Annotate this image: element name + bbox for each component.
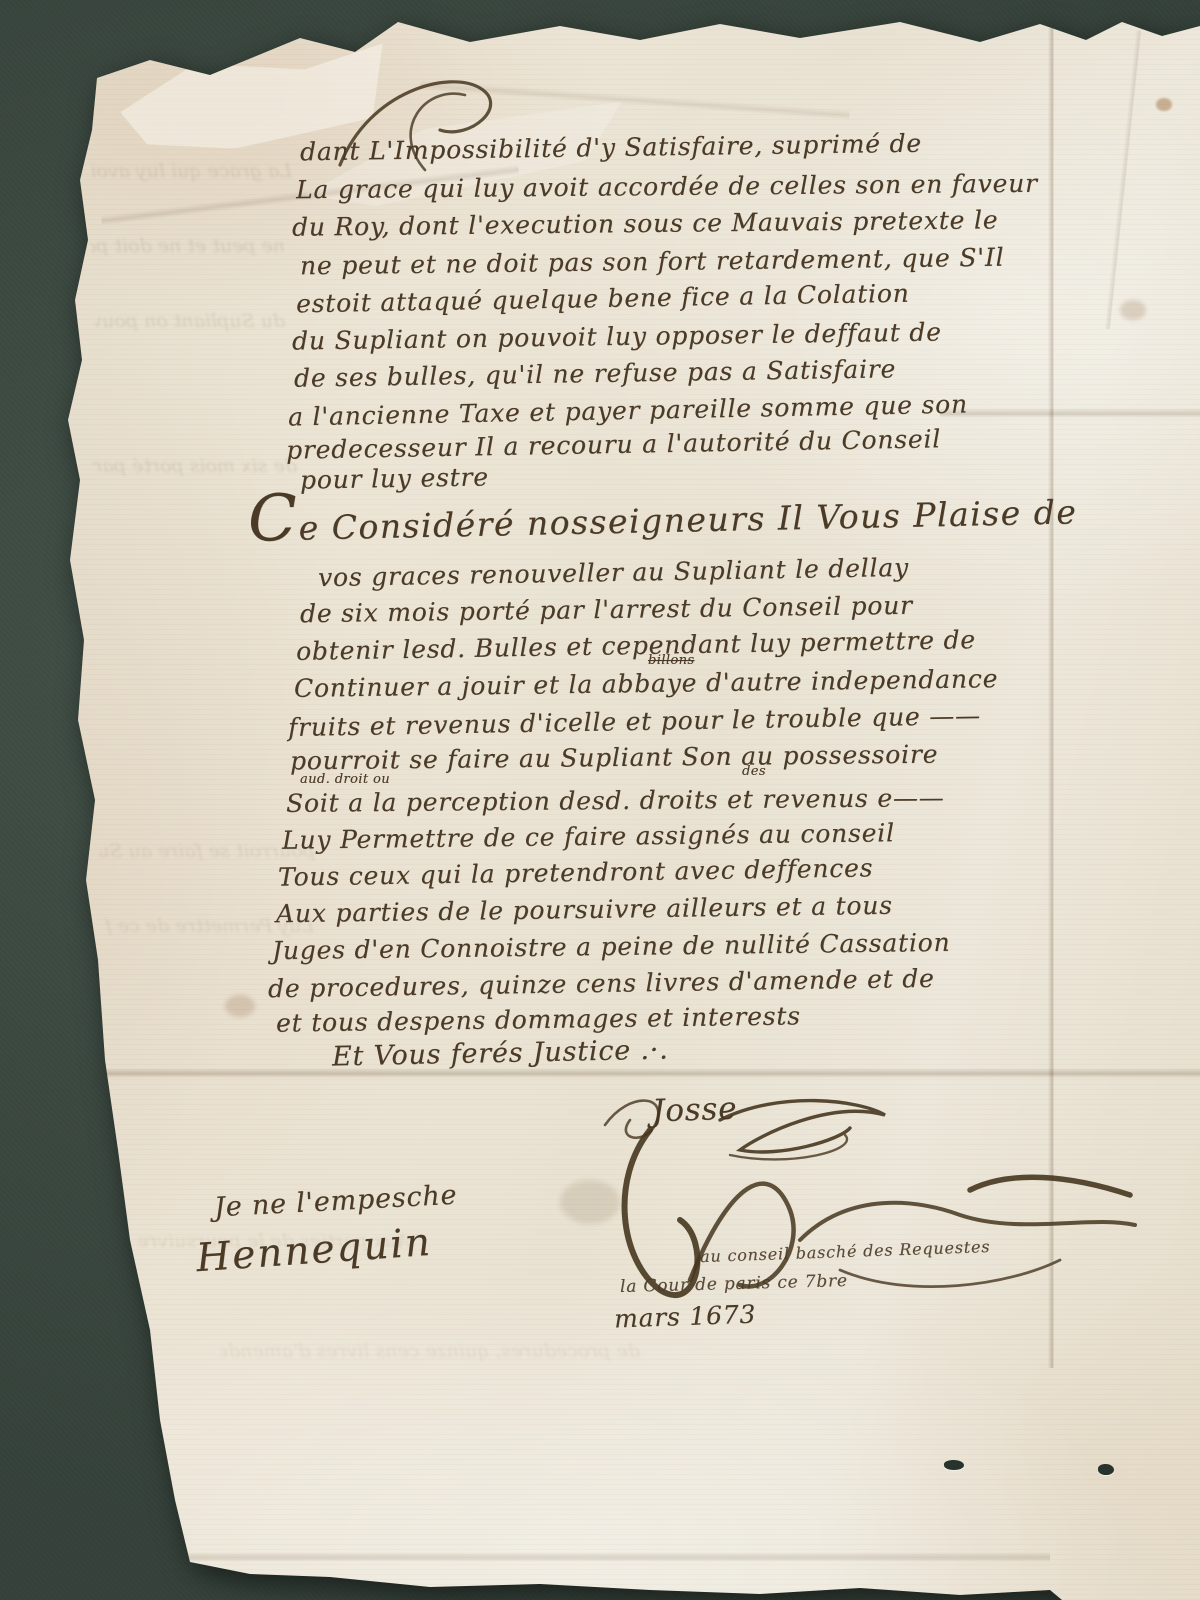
- bleedthrough-text: de six mois porté par l'arrest du Consei…: [92, 455, 297, 477]
- paper-hole: [1098, 1464, 1114, 1475]
- interlinear-crossed-word: billons: [648, 653, 694, 668]
- grand-signature-flourish: [590, 1120, 1150, 1330]
- date-note: mars 1673: [614, 1300, 757, 1334]
- paper-sheet-wrap: La grace qui luy avoit accordée de celle…: [0, 0, 1200, 1600]
- bleedthrough-text: de procedures, quinze cens livres d'amen…: [220, 1340, 640, 1362]
- interlinear-insert: des: [742, 764, 766, 779]
- bleedthrough-text: ne peut et ne doit pas son fort retardem…: [90, 235, 285, 257]
- stain: [1120, 300, 1146, 320]
- photograph-of-manuscript: { "scene": { "background_color": "#3c4b4…: [0, 0, 1200, 1600]
- petition-line: Soit a la perception desd. droits et rev…: [286, 783, 945, 818]
- paper-hole: [944, 1460, 964, 1470]
- horizontal-fold-crease: [940, 408, 1200, 418]
- horizontal-fold-crease: [150, 1552, 1050, 1562]
- horizontal-fold-crease: [85, 1068, 1200, 1078]
- bleedthrough-text: du Supliant on pouvoit luy opposer le de…: [95, 310, 285, 332]
- stain: [1156, 98, 1172, 111]
- bleedthrough-text: La grace qui luy avoit accordée de celle…: [92, 160, 292, 182]
- manuscript-paper: La grace qui luy avoit accordée de celle…: [0, 0, 1200, 1600]
- petition-line: pour luy estre: [300, 462, 489, 494]
- interlinear-insert: aud. droit ou: [300, 772, 390, 787]
- stain: [225, 995, 255, 1017]
